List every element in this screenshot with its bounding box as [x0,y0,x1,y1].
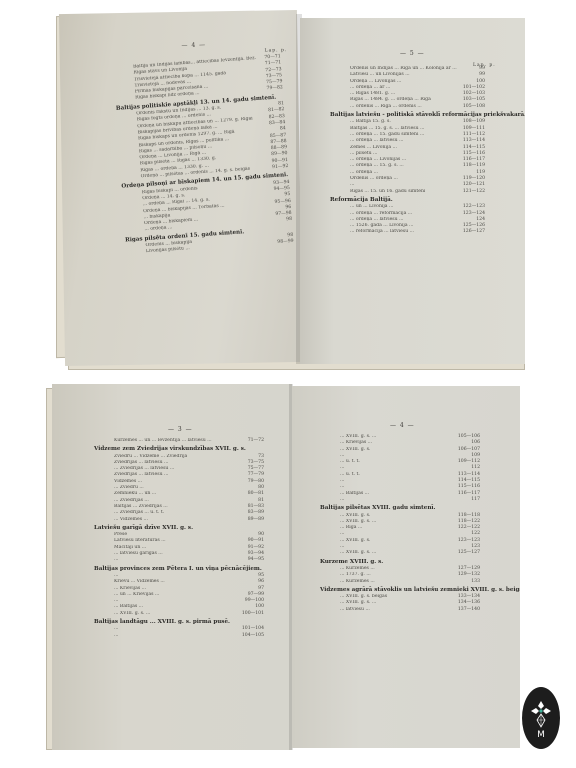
toc-entry-title: ... ordeņa ... [144,226,172,234]
table-of-contents: ... XVIII. g. s. ...105—106... Krievijas… [330,434,480,613]
toc-section-heading: Baltijas pilsētas XVIII. gadu simtenī. [320,505,480,511]
toc-section-heading: Kurzeme XVIII. g. s. [320,559,480,565]
toc-entry: ... 104—105 [104,633,264,639]
crystal-diamond-emblem-icon: M [522,687,560,749]
column-label: Lap. p. [265,48,288,53]
toc-entry-title: ... reformācija ... latviešu ... [350,229,414,235]
page-right-top: — 5 — Lap. p. Ordenis un Indijas ... Rīg… [300,18,525,364]
toc-entry-title: ... latviešu garīgās ... [114,551,163,557]
toc-entry: ... reformācija ... latviešu ...126—127 [340,229,485,235]
toc-entry-pages: 94—95 [244,557,264,563]
toc-entry: Rīgas ... 15. un 16. gadu simtenī121—122 [340,189,485,195]
toc-section-heading: Baltijas landtāgu ... XVIII. g. s. pirmā… [94,619,264,625]
toc-entry-title: ... [114,633,118,639]
toc-entry-title: ... latviešu ... [340,607,370,613]
toc-entry-title: ... un ... Krievijas ... [114,592,159,598]
toc-section-heading: Latviešu garīgā dzīve XVII. g. s. [94,525,264,531]
toc-entry-title: ... [114,557,118,563]
toc-entry-pages: 105—108 [459,104,485,110]
toc-entry: ... latviešu ...137—140 [330,607,480,613]
toc-entry-title: ... XVIII. g. s. ... [114,611,150,617]
toc-entry: ... Kurzemes ...133 [330,579,480,585]
toc-entry-pages: 137—140 [454,607,480,613]
page-number: — 5 — [400,50,425,57]
toc-entry-title: ... XVIII. g. s. [340,538,370,544]
page-left-bottom: — 3 — Kurzemes ... un ... Ievzentijā ...… [52,384,292,750]
toc-section-heading: Vidzeme zem Zviedrijas virskundzības XVI… [94,446,264,452]
toc-entry-title: ... Vidzemes ... [114,517,148,523]
page-number: — 4 — [390,422,415,429]
toc-entry: ... 94—95 [104,557,264,563]
toc-entry-title: ... XVIII. g. s. [340,447,370,453]
toc-entry-title: Ordenis ... ordeņa ... [350,176,398,182]
watermark-logo: M [522,687,560,749]
toc-entry-pages: 104—105 [238,633,264,639]
table-of-contents: Ordenis un Indijas ... Rīga un ... Kolon… [340,66,485,236]
toc-section-heading: Reformācija Baltijā. [330,197,485,203]
toc-entry: ... 117 [330,497,480,503]
toc-entry: ... XVIII. g. s. ...125—127 [330,550,480,556]
toc-entry-pages: 125—127 [454,550,480,556]
toc-entry-pages: 98 [282,217,292,224]
toc-section-heading: Baltijas provinces zem Pētera I. un viņa… [94,566,264,572]
toc-entry-pages: 121—122 [459,189,485,195]
toc-entry-title: ... ordenis ... Rīga ... ordenis ... [350,104,422,110]
toc-entry: Kurzemes ... un ... Ievzentijā ... latvi… [104,438,264,444]
toc-section-heading: Baltijas latviešu - politiskā stāvoklī r… [330,112,485,118]
table-of-contents: Baltija un Indijas lambas... attiecibas … [123,54,294,256]
toc-entry-pages: 91—92 [268,164,289,172]
table-of-contents: Kurzemes ... un ... Ievzentijā ... latvi… [104,438,264,639]
toc-entry: ... ordenis ... Rīga ... ordenis ...105—… [340,104,485,110]
toc-entry-pages: 98—99 [273,239,294,247]
page-number: — 3 — [168,426,193,433]
page-right-bottom: — 4 — ... XVIII. g. s. ...105—106... Kri… [292,386,520,748]
toc-entry-pages: 79—82 [263,86,284,94]
toc-entry-pages: 117 [467,497,480,503]
toc-entry-pages: 126—127 [459,229,485,235]
toc-entry-title: ... [340,497,344,503]
toc-entry-title: Kurzemes ... un ... Ievzentijā ... latvi… [114,438,212,444]
toc-entry-pages: 133 [467,579,480,585]
page-left-top: — 4 — Lap. p. Baltija un Indijas lambas.… [59,10,303,366]
toc-entry: ... Vidzemes ... 89—89 [104,517,264,523]
toc-entry-title: ... XVIII. g. s. ... [340,550,376,556]
toc-entry: ... XVIII. g. s. ...100—101 [104,611,264,617]
toc-section-heading: Vidzemes agrārā stāvoklis un latviešu ze… [320,587,480,593]
toc-entry-title: Rīgas ... 15. un 16. gadu simtenī [350,189,425,195]
toc-entry-title: ... Kurzemes ... [340,579,375,585]
logo-letter: M [537,730,545,740]
toc-entry-pages: 71—72 [244,438,264,444]
toc-entry-pages: 89—89 [244,517,264,523]
toc-entry-pages: 100—101 [238,611,264,617]
page-number: — 4 — [181,42,206,49]
